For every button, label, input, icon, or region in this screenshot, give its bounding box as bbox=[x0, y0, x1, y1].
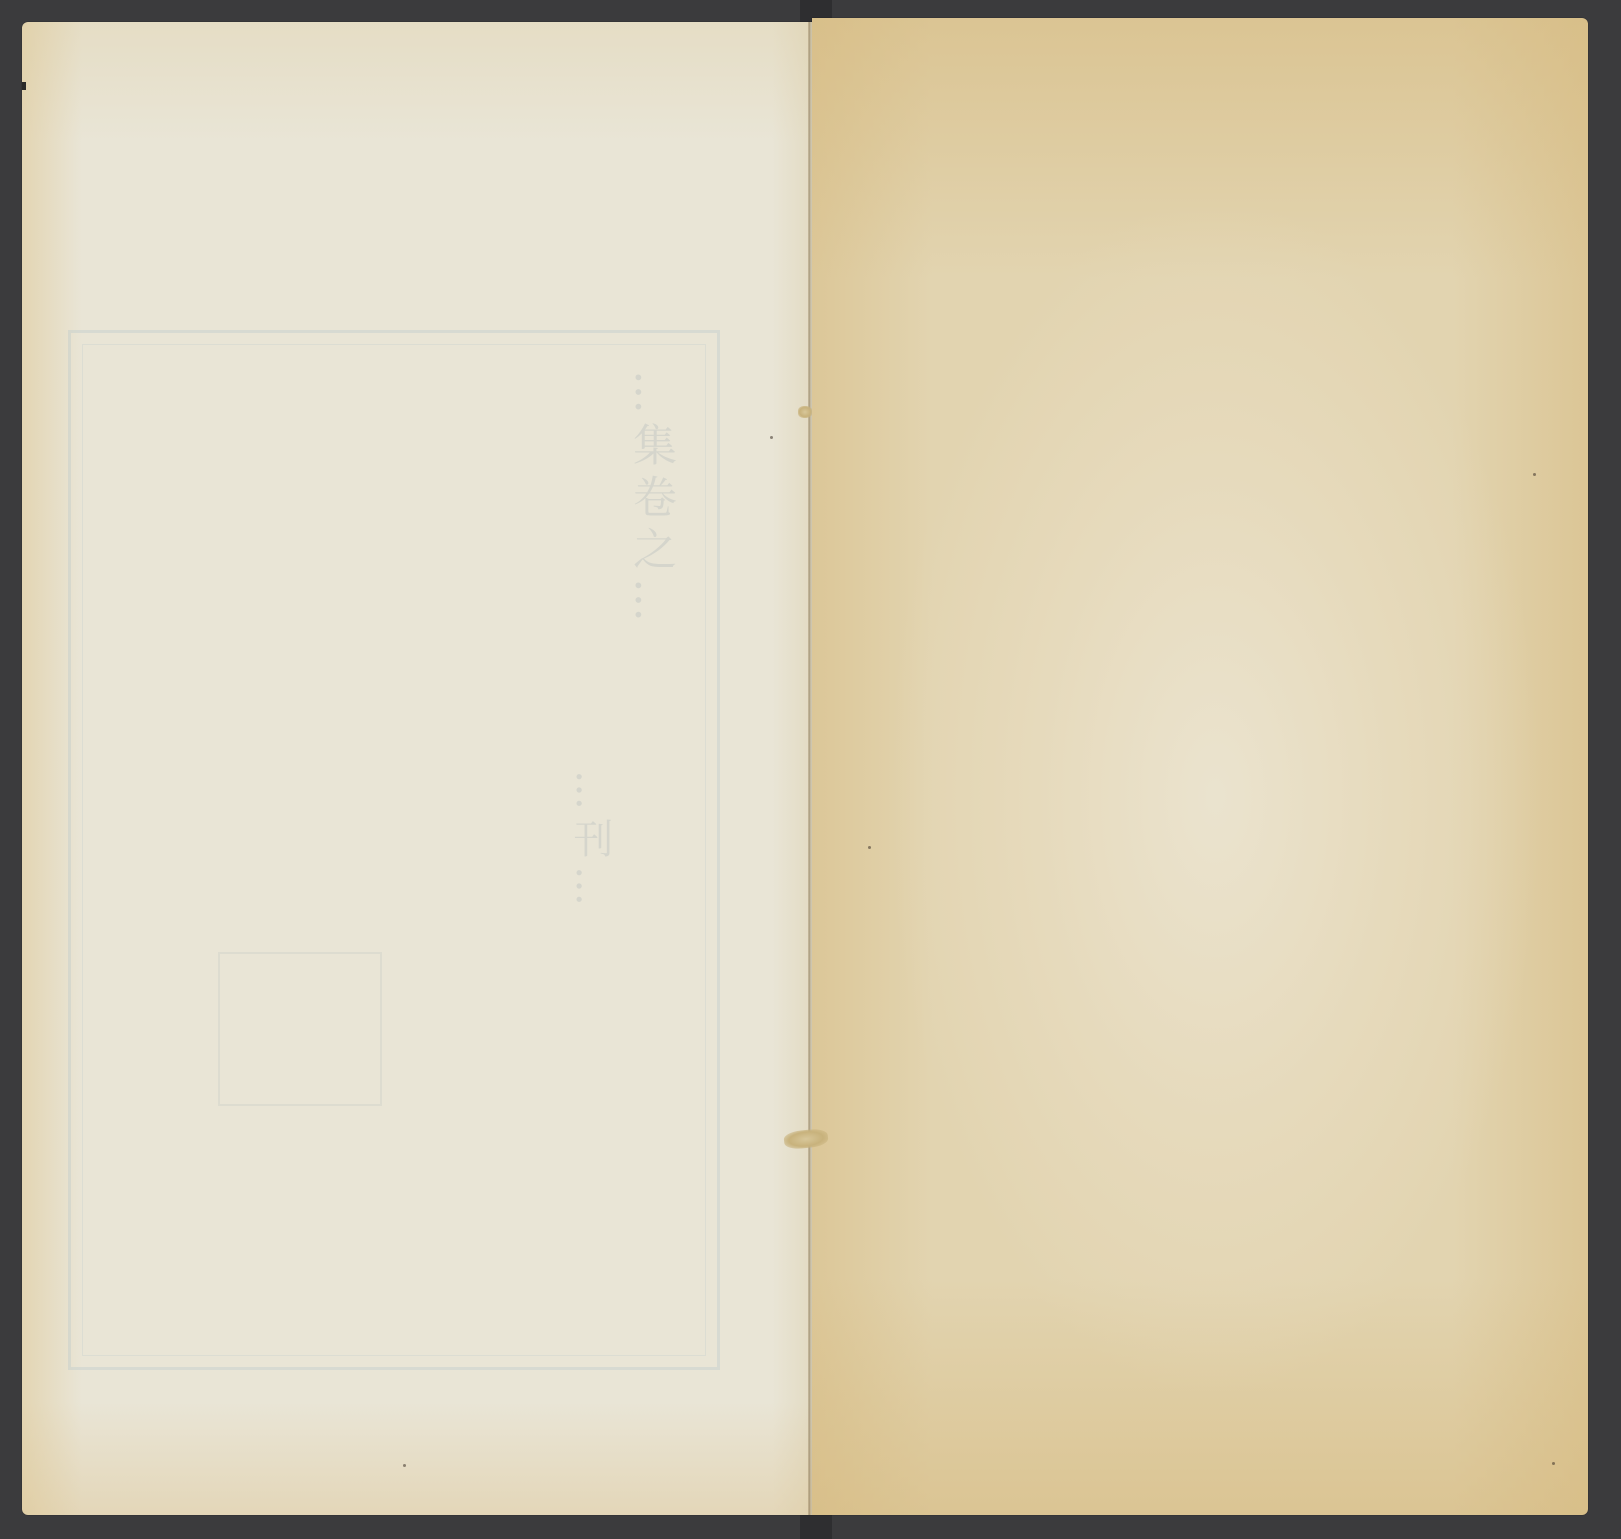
bleed-through-title: …集卷之… bbox=[618, 370, 682, 630]
gutter-fold bbox=[808, 22, 811, 1515]
paper-speck bbox=[1552, 1462, 1555, 1465]
paper-speck bbox=[1533, 473, 1536, 476]
paper-speck bbox=[770, 436, 773, 439]
bleed-through-seal bbox=[218, 952, 382, 1106]
page-edge-nick bbox=[22, 82, 26, 90]
right-page bbox=[812, 18, 1588, 1515]
binding-tear-top bbox=[798, 406, 812, 418]
bleed-through-subtitle: …刊… bbox=[562, 770, 619, 914]
paper-speck bbox=[868, 846, 871, 849]
paper-speck bbox=[403, 1464, 406, 1467]
